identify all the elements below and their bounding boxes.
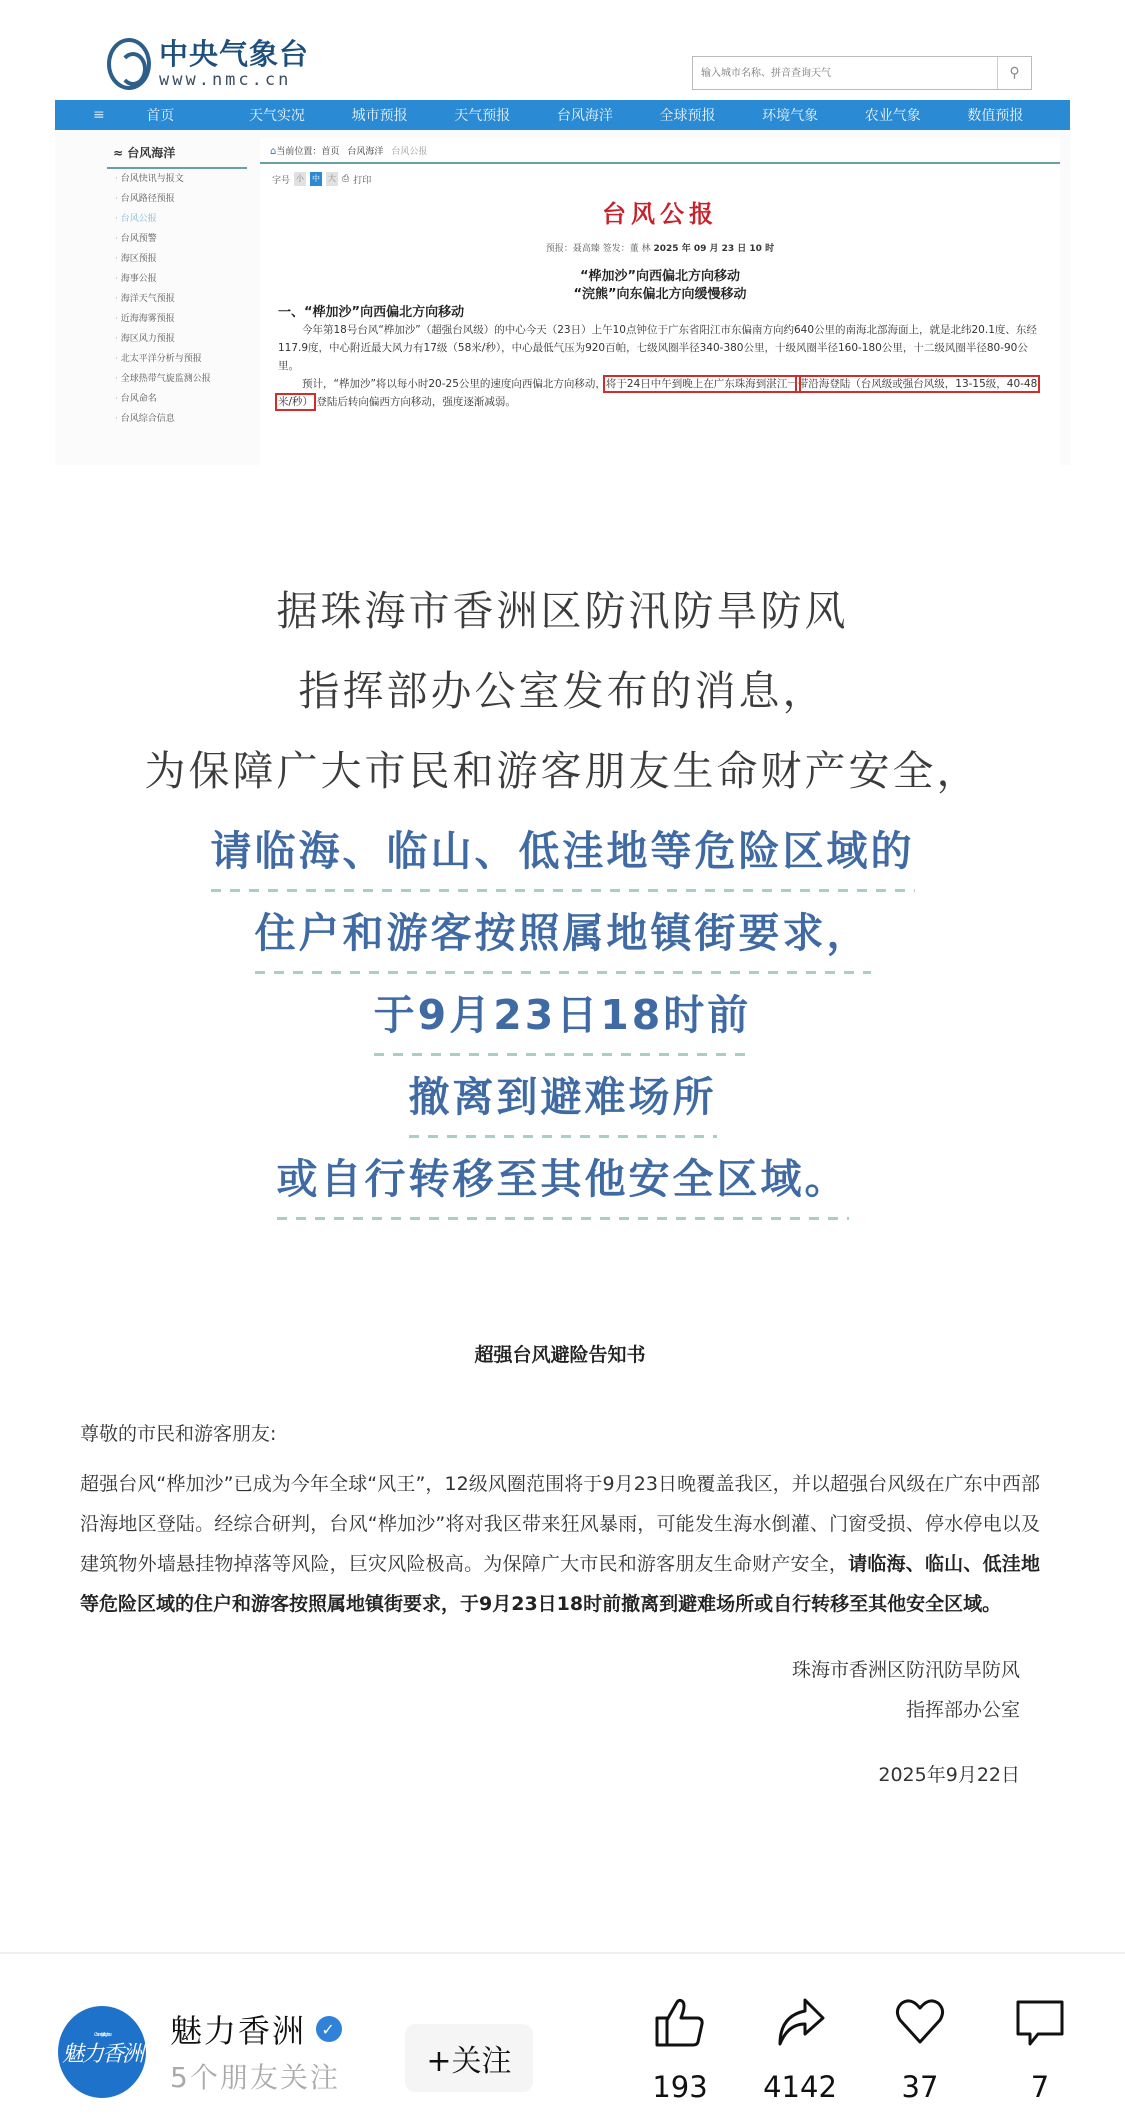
breadcrumb-current: 台风公报 xyxy=(391,144,427,157)
nmc-nav-item: 环境气象 xyxy=(762,105,865,125)
account-name[interactable]: 魅力香洲 ✓ xyxy=(170,2006,342,2052)
notice-date: 2025年9月22日 xyxy=(80,1760,1040,1787)
nmc-sidebar-item: 台风路径预报 xyxy=(107,189,247,209)
breadcrumb-item: 台风海洋 xyxy=(347,144,383,157)
verified-badge-icon: ✓ xyxy=(316,2016,342,2042)
headline-line: 为保障广大市民和游客朋友生命财产安全， xyxy=(0,740,1125,820)
bulletin-meta: 预报：聂高臻 签发：董 林 2025 年 09 月 23 日 10 时 xyxy=(260,241,1060,254)
nmc-sidebar-item: 近海海雾预报 xyxy=(107,309,247,329)
favorite-button[interactable]: 37 xyxy=(860,1994,980,2104)
notice-greeting: 尊敬的市民和游客朋友: xyxy=(80,1419,1040,1446)
thumbs-up-icon xyxy=(652,1994,708,2050)
hamburger-menu-icon: ≡ xyxy=(93,107,146,123)
headline-emphasis: 撤离到避难场所 xyxy=(409,1066,717,1132)
comment-count: 7 xyxy=(1031,2070,1049,2104)
font-large-button: 大 xyxy=(326,172,338,186)
nmc-sidebar-item: 全球热带气旋监测公报 xyxy=(107,369,247,389)
notice-signature: 珠海市香洲区防汛防旱防风 指挥部办公室 xyxy=(80,1650,1040,1730)
nmc-header: 中央气象台 www.nmc.cn ⚲ xyxy=(55,30,1070,100)
font-size-tools: 字号 小 中 大 ⎙ 打印 xyxy=(260,164,1060,186)
search-icon: ⚲ xyxy=(997,57,1031,89)
bulletin-title: 台风公报 xyxy=(260,194,1060,229)
nmc-sidebar-item: 海区风力预报 xyxy=(107,329,247,349)
nmc-search-input xyxy=(693,57,997,89)
nmc-screenshot: 中央气象台 www.nmc.cn ⚲ ≡ 首页 天气实况 城市预报 天气预报 台… xyxy=(55,30,1070,465)
nmc-sidebar-item-active: 台风公报 xyxy=(107,209,247,229)
nmc-logo-url: www.nmc.cn xyxy=(159,70,309,90)
headline-line: 据珠海市香洲区防汛防旱防风 xyxy=(0,580,1125,660)
bulletin-headline: “桦加沙”向西偏北方向移动 “浣熊”向东偏北方向缓慢移动 xyxy=(260,268,1060,304)
notice-letter: 超强台风避险告知书 尊敬的市民和游客朋友: 超强台风“桦加沙”已成为今年全球“风… xyxy=(80,1330,1040,1787)
friends-following-count: 5个朋友关注 xyxy=(170,2056,340,2096)
nmc-sidebar-item: 海事公报 xyxy=(107,269,247,289)
notice-title: 超强台风避险告知书 xyxy=(80,1340,1040,1367)
nmc-nav-item: 首页 xyxy=(146,105,249,125)
nmc-sidebar-item: 北太平洋分析与预报 xyxy=(107,349,247,369)
nmc-nav-item: 数值预报 xyxy=(967,105,1070,125)
wave-icon: ≈ xyxy=(113,146,127,160)
avatar[interactable]: Charming Xiangzhou 魅力香洲 xyxy=(58,2006,146,2098)
post-footer-bar: Charming Xiangzhou 魅力香洲 魅力香洲 ✓ 5个朋友关注 +关… xyxy=(0,1952,1125,2122)
notice-body: 超强台风“桦加沙”已成为今年全球“风王”，12级风圈范围将于9月23日晚覆盖我区… xyxy=(80,1464,1040,1624)
nmc-sidebar: ≈ 台风海洋 台风快讯与报文 台风路径预报 台风公报 台风预警 海区预报 海事公… xyxy=(107,142,247,429)
headline-line: 指挥部办公室发布的消息， xyxy=(0,660,1125,740)
font-small-button: 小 xyxy=(294,172,306,186)
nmc-sidebar-item: 海洋天气预报 xyxy=(107,289,247,309)
favorite-count: 37 xyxy=(902,2070,939,2104)
nmc-sidebar-item: 海区预报 xyxy=(107,249,247,269)
headline-emphasis: 请临海、临山、低洼地等危险区域的 xyxy=(211,820,915,886)
follow-button[interactable]: +关注 xyxy=(405,2024,533,2092)
nmc-nav-item: 城市预报 xyxy=(352,105,455,125)
nmc-nav-item: 农业气象 xyxy=(865,105,968,125)
share-count: 4142 xyxy=(763,2070,837,2104)
nmc-nav-bar: ≡ 首页 天气实况 城市预报 天气预报 台风海洋 全球预报 环境气象 农业气象 … xyxy=(55,100,1070,130)
comment-button[interactable]: 7 xyxy=(980,1994,1100,2104)
nmc-sidebar-item: 台风预警 xyxy=(107,229,247,249)
comment-icon xyxy=(1012,1994,1068,2050)
headline-emphasis: 或自行转移至其他安全区域。 xyxy=(277,1148,849,1214)
print-button: 打印 xyxy=(353,173,371,186)
breadcrumb: ⌂当前位置：首页 台风海洋 台风公报 xyxy=(260,138,1060,164)
bulletin-paragraph: 预计，“桦加沙”将以每小时20-25公里的速度向西偏北方向移动，将于24日中午到… xyxy=(260,375,1060,411)
nmc-nav-item: 天气预报 xyxy=(454,105,557,125)
nmc-sidebar-item: 台风命名 xyxy=(107,389,247,409)
headline-emphasis: 于9月23日18时前 xyxy=(374,984,752,1050)
highlight-box: 将于24日中午到晚上在广东珠海到湛江一 xyxy=(606,378,798,390)
bulletin-paragraph: 今年第18号台风“桦加沙”（超强台风级）的中心今天（23日）上午10点钟位于广东… xyxy=(260,321,1060,375)
share-button[interactable]: 4142 xyxy=(740,1994,860,2104)
nmc-logo-icon xyxy=(107,38,151,90)
nmc-nav-item: 台风海洋 xyxy=(557,105,660,125)
headline-emphasis: 住户和游客按照属地镇街要求， xyxy=(255,902,871,968)
like-count: 193 xyxy=(652,2070,707,2104)
engagement-stats: 193 4142 37 7 xyxy=(620,1994,1100,2104)
nmc-sidebar-item: 台风快讯与报文 xyxy=(107,169,247,189)
nmc-sidebar-title: ≈ 台风海洋 xyxy=(107,142,247,169)
nmc-logo-name: 中央气象台 xyxy=(159,38,309,70)
font-medium-button: 中 xyxy=(310,172,322,186)
like-button[interactable]: 193 xyxy=(620,1994,740,2104)
bulletin-section-heading: 一、“桦加沙”向西偏北方向移动 xyxy=(260,304,1060,321)
printer-icon: ⎙ xyxy=(342,174,349,184)
nmc-logo: 中央气象台 www.nmc.cn xyxy=(107,38,309,90)
nmc-bulletin-panel: ⌂当前位置：首页 台风海洋 台风公报 字号 小 中 大 ⎙ 打印 台风公报 预报… xyxy=(260,138,1060,465)
nmc-sidebar-item: 台风综合信息 xyxy=(107,409,247,429)
nmc-nav-item: 天气实况 xyxy=(249,105,352,125)
nmc-nav-item: 全球预报 xyxy=(660,105,763,125)
nmc-search-box: ⚲ xyxy=(692,56,1032,90)
headline-block: 据珠海市香洲区防汛防旱防风 指挥部办公室发布的消息， 为保障广大市民和游客朋友生… xyxy=(0,580,1125,1230)
heart-icon xyxy=(892,1994,948,2050)
share-icon xyxy=(772,1994,828,2050)
